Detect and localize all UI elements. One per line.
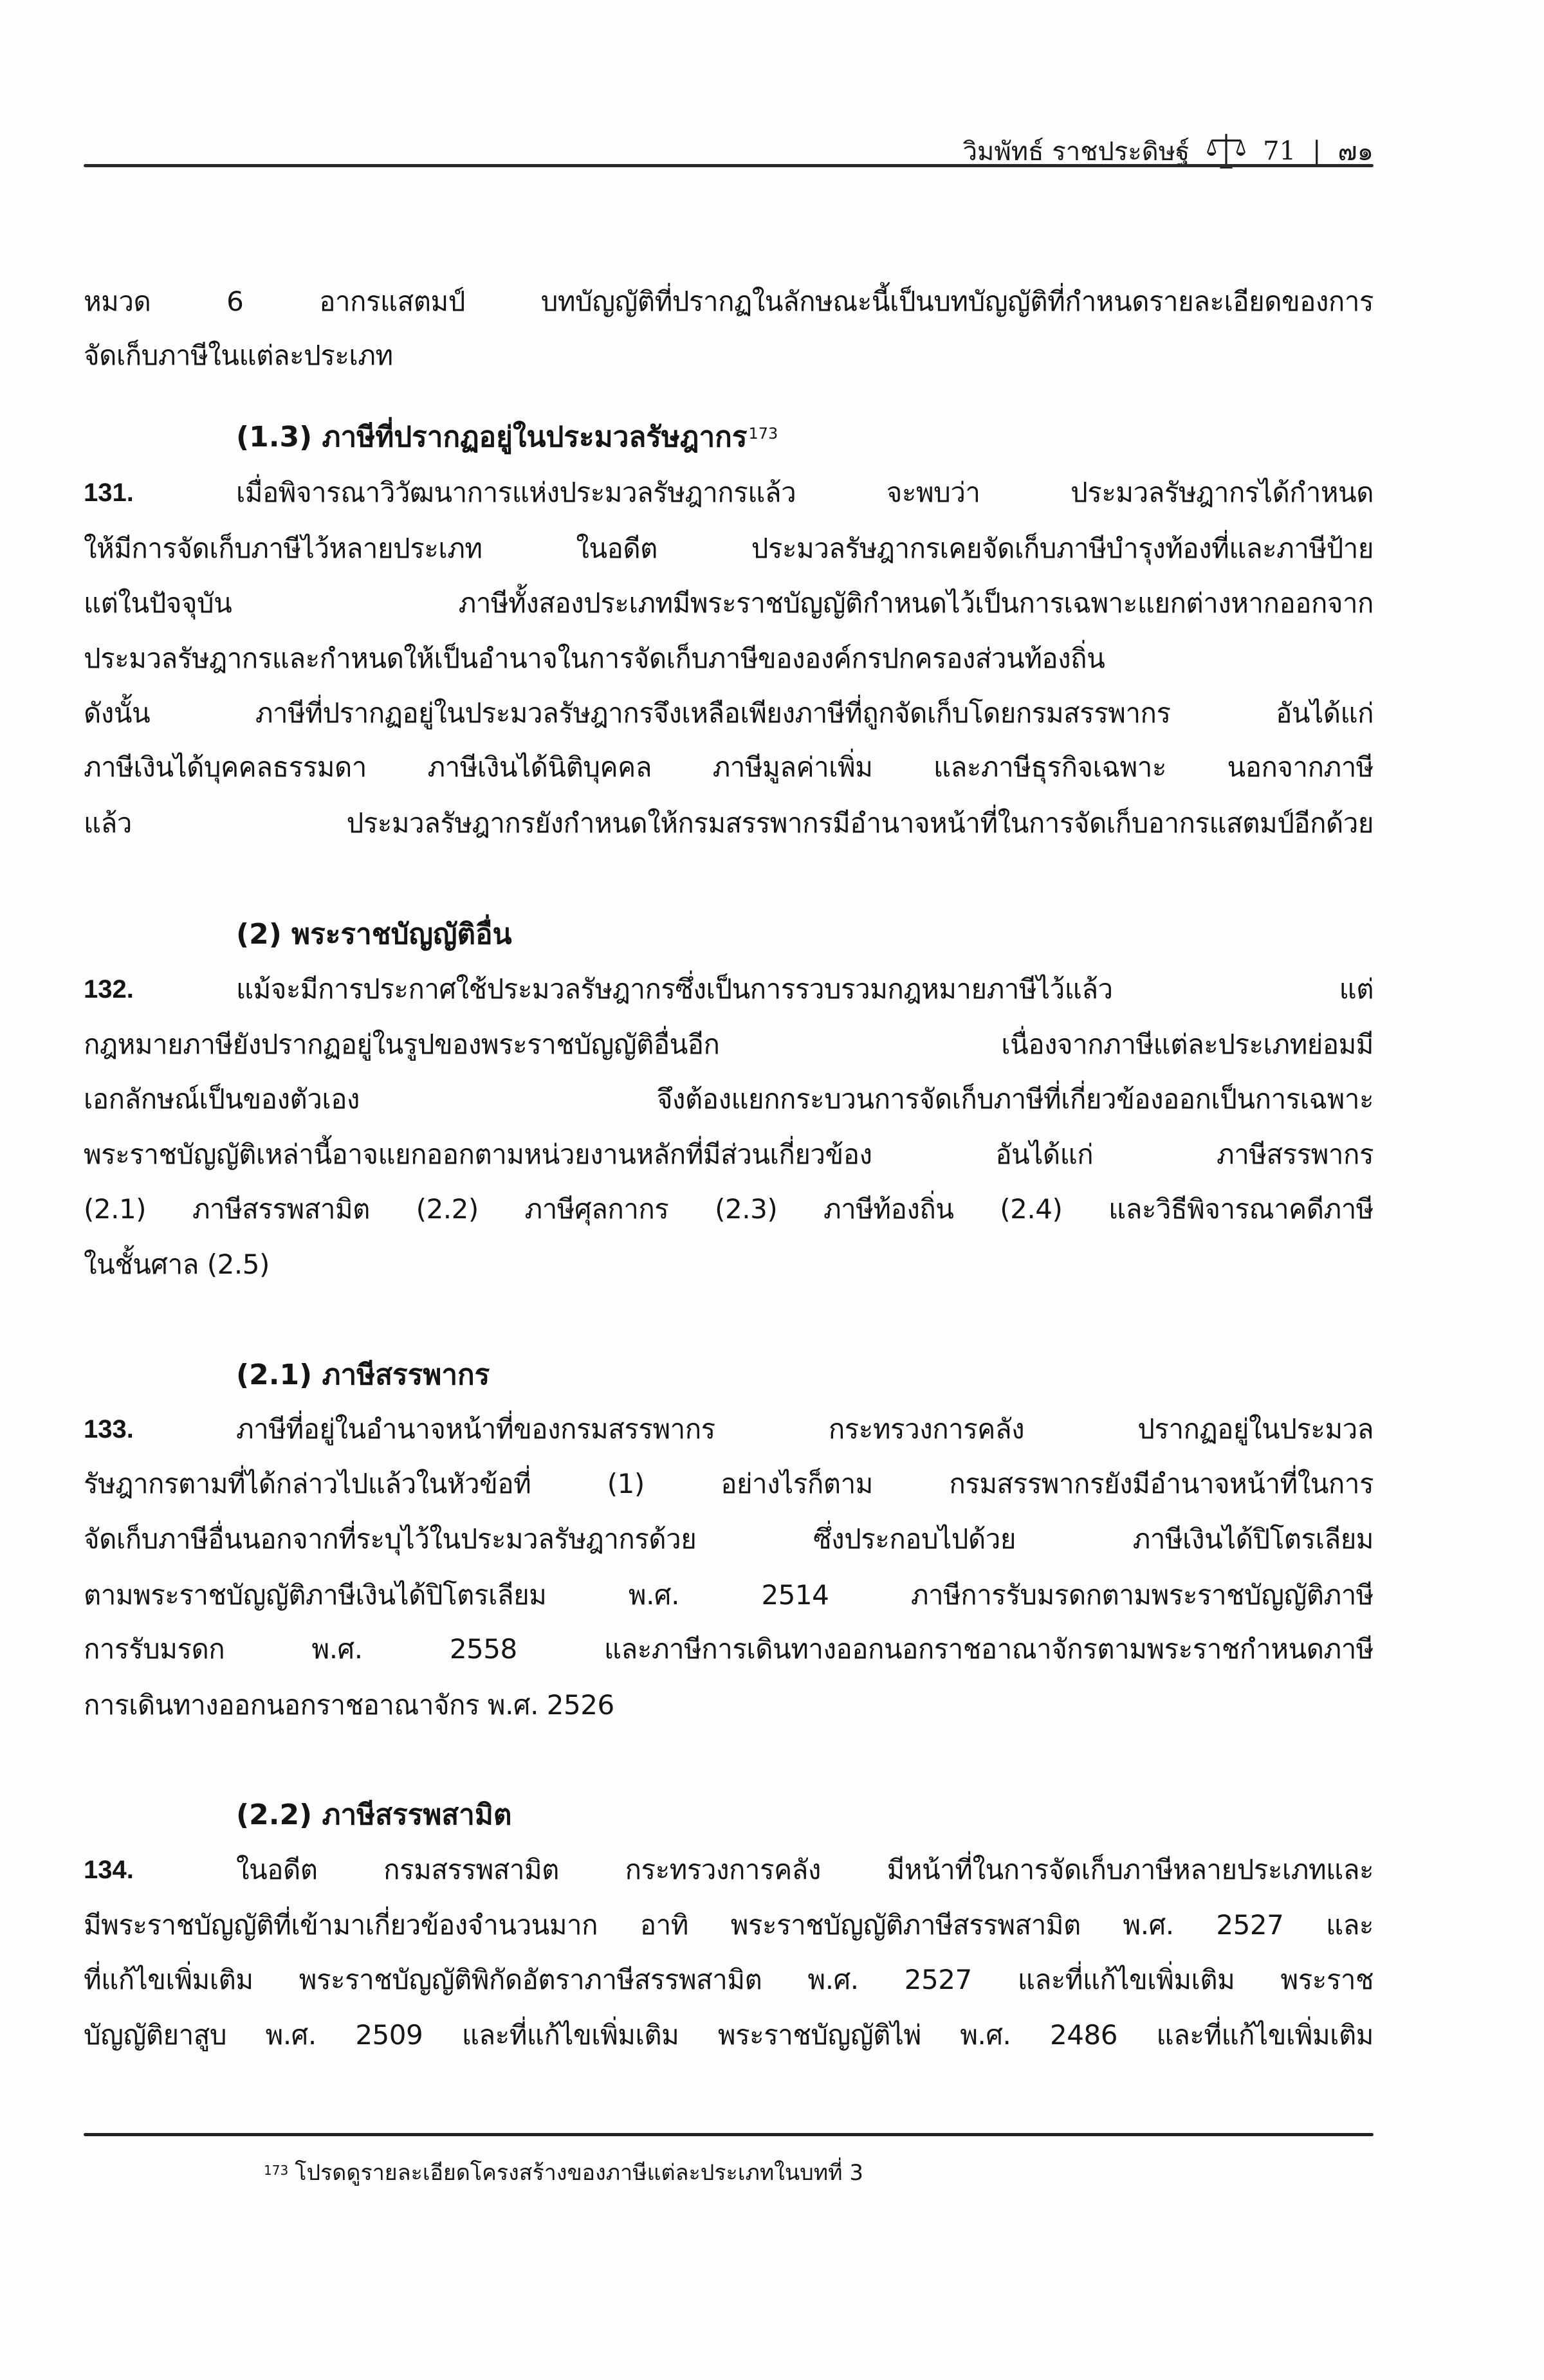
paragraph-line: ภาษีเงินได้บุคคลธรรมดา ภาษีเงินได้นิติบุ… xyxy=(84,745,1374,790)
section-heading: (1.3) ภาษีที่ปรากฏอยู่ในประมวลรัษฎากร173 xyxy=(236,415,778,460)
paragraph-line: (2.1) ภาษีสรรพสามิต (2.2) ภาษีศุลกากร (2… xyxy=(84,1187,1374,1232)
paragraph-line: ในชั้นศาล (2.5) xyxy=(84,1242,1374,1287)
header-rule xyxy=(84,164,1374,167)
paragraph-number: 132. xyxy=(84,967,134,1012)
footnote-text: โปรดดูรายละเอียดโครงสร้างของภาษีแต่ละประ… xyxy=(295,2160,863,2186)
paragraph-line: มีพระราชบัญญัติที่เข้ามาเกี่ยวข้องจำนวนม… xyxy=(84,1903,1374,1948)
paragraph-line: ตามพระราชบัญญัติภาษีเงินได้ปิโตรเลียม พ.… xyxy=(84,1573,1374,1618)
section-heading: (2.1) ภาษีสรรพากร xyxy=(236,1353,490,1398)
paragraph-number: 133. xyxy=(84,1407,134,1452)
paragraph-line: เอกลักษณ์เป็นของตัวเอง จึงต้องแยกกระบวนก… xyxy=(84,1077,1374,1122)
paragraph-line: จัดเก็บภาษีอื่นนอกจากที่ระบุไว้ในประมวลร… xyxy=(84,1517,1374,1562)
paragraph-line: ที่แก้ไขเพิ่มเติม พระราชบัญญัติพิกัดอัตร… xyxy=(84,1957,1374,2002)
paragraph-number: 134. xyxy=(84,1847,134,1892)
footnote-ref[interactable]: 173 xyxy=(748,425,778,443)
page-number: 71 xyxy=(1263,136,1296,166)
section-heading: (2) พระราชบัญญัติอื่น xyxy=(236,912,512,957)
paragraph-line: ประมวลรัษฎากรและกำหนดให้เป็นอำนาจในการจั… xyxy=(84,636,1374,681)
paragraph-line: แล้ว ประมวลรัษฎากรยังกำหนดให้กรมสรรพากรม… xyxy=(84,801,1374,846)
paragraph-line: การเดินทางออกนอกราชอาณาจักร พ.ศ. 2526 xyxy=(84,1683,1374,1728)
paragraph-line: รัษฎากรตามที่ได้กล่าวไปแล้วในหัวข้อที่ (… xyxy=(84,1461,1374,1506)
paragraph-line: การรับมรดก พ.ศ. 2558 และภาษีการเดินทางออ… xyxy=(84,1627,1374,1672)
paragraph-line: เมื่อพิจารณาวิวัฒนาการแห่งประมวลรัษฎากรแ… xyxy=(236,470,1374,515)
paragraph-line: บัญญัติยาสูบ พ.ศ. 2509 และที่แก้ไขเพิ่มเ… xyxy=(84,2013,1374,2058)
paragraph-line: แม้จะมีการประกาศใช้ประมวลรัษฎากรซึ่งเป็น… xyxy=(236,967,1374,1012)
footnote-rule xyxy=(84,2133,1374,2136)
paragraph-line: ในอดีต กรมสรรพสามิต กระทรวงการคลัง มีหน้… xyxy=(236,1847,1374,1892)
section-heading: (2.2) ภาษีสรรพสามิต xyxy=(236,1793,511,1838)
page-separator: | xyxy=(1312,136,1321,166)
paragraph-line: ดังนั้น ภาษีที่ปรากฏอยู่ในประมวลรัษฎากรจ… xyxy=(84,691,1374,736)
paragraph-line: แต่ในปัจจุบัน ภาษีทั้งสองประเภทมีพระราชบ… xyxy=(84,581,1374,626)
paragraph-line: พระราชบัญญัติเหล่านี้อาจแยกออกตามหน่วยงา… xyxy=(84,1132,1374,1177)
intro-line: จัดเก็บภาษีในแต่ละประเภท xyxy=(84,333,1374,378)
footnote-number: 173 xyxy=(264,2163,288,2178)
footnote: 173โปรดดูรายละเอียดโครงสร้างของภาษีแต่ละ… xyxy=(264,2155,863,2191)
paragraph-line: กฎหมายภาษียังปรากฏอยู่ในรูปของพระราชบัญญ… xyxy=(84,1022,1374,1067)
paragraph-line: ให้มีการจัดเก็บภาษีไว้หลายประเภท ในอดีต … xyxy=(84,526,1374,571)
paragraph-line: ภาษีที่อยู่ในอำนาจหน้าที่ของกรมสรรพากร ก… xyxy=(236,1407,1374,1452)
paragraph-number: 131. xyxy=(84,470,134,515)
section-heading-text: (1.3) ภาษีที่ปรากฏอยู่ในประมวลรัษฎากร xyxy=(236,421,747,453)
intro-line: หมวด 6 อากรแสตมป์ บทบัญญัติที่ปรากฏในลัก… xyxy=(84,279,1374,324)
